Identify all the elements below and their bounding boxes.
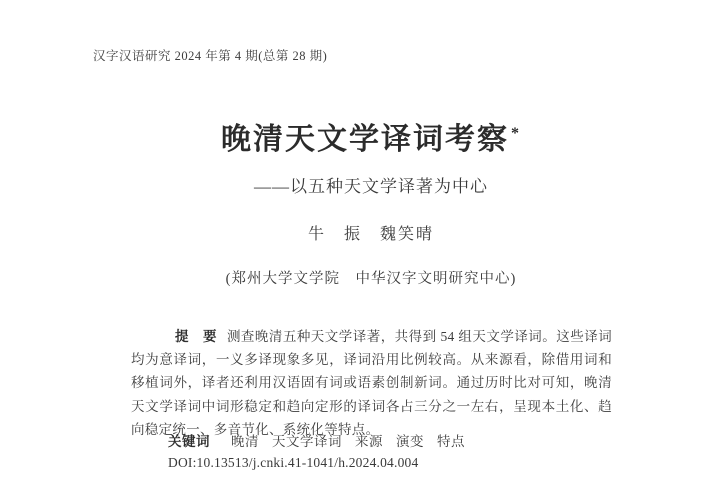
keyword: 天文学译词 bbox=[272, 434, 342, 449]
authors: 牛 振 魏笑晴 bbox=[121, 221, 621, 244]
keyword: 来源 bbox=[355, 434, 383, 449]
journal-header: 汉字汉语研究 2024 年第 4 期(总第 28 期) bbox=[93, 46, 327, 64]
keywords-label: 关键词 bbox=[168, 434, 210, 449]
doi: DOI:10.13513/j.cnki.41-1041/h.2024.04.00… bbox=[168, 455, 418, 471]
affiliation: (郑州大学文学院 中华汉字文明研究中心) bbox=[121, 267, 621, 288]
paper-page: 汉字汉语研究 2024 年第 4 期(总第 28 期) 晚清天文学译词考察* —… bbox=[0, 0, 722, 492]
keyword: 特点 bbox=[437, 434, 465, 449]
abstract-text: 测查晚清五种天文学译著，共得到 54 组天文学译词。这些译词均为意译词，一义多译… bbox=[131, 329, 612, 437]
keyword: 演变 bbox=[396, 434, 424, 449]
abstract: 提 要测查晚清五种天文学译著，共得到 54 组天文学译词。这些译词均为意译词，一… bbox=[131, 325, 612, 441]
paper-subtitle: ——以五种天文学译著为中心 bbox=[121, 172, 621, 197]
footnote-marker: * bbox=[511, 125, 521, 142]
keyword: 晚清 bbox=[231, 434, 259, 449]
abstract-label: 提 要 bbox=[175, 329, 217, 344]
paper-title: 晚清天文学译词考察* bbox=[121, 114, 621, 158]
paper-title-text: 晚清天文学译词考察 bbox=[221, 123, 509, 156]
keywords: 关键词晚清天文学译词来源演变特点 bbox=[168, 430, 465, 450]
